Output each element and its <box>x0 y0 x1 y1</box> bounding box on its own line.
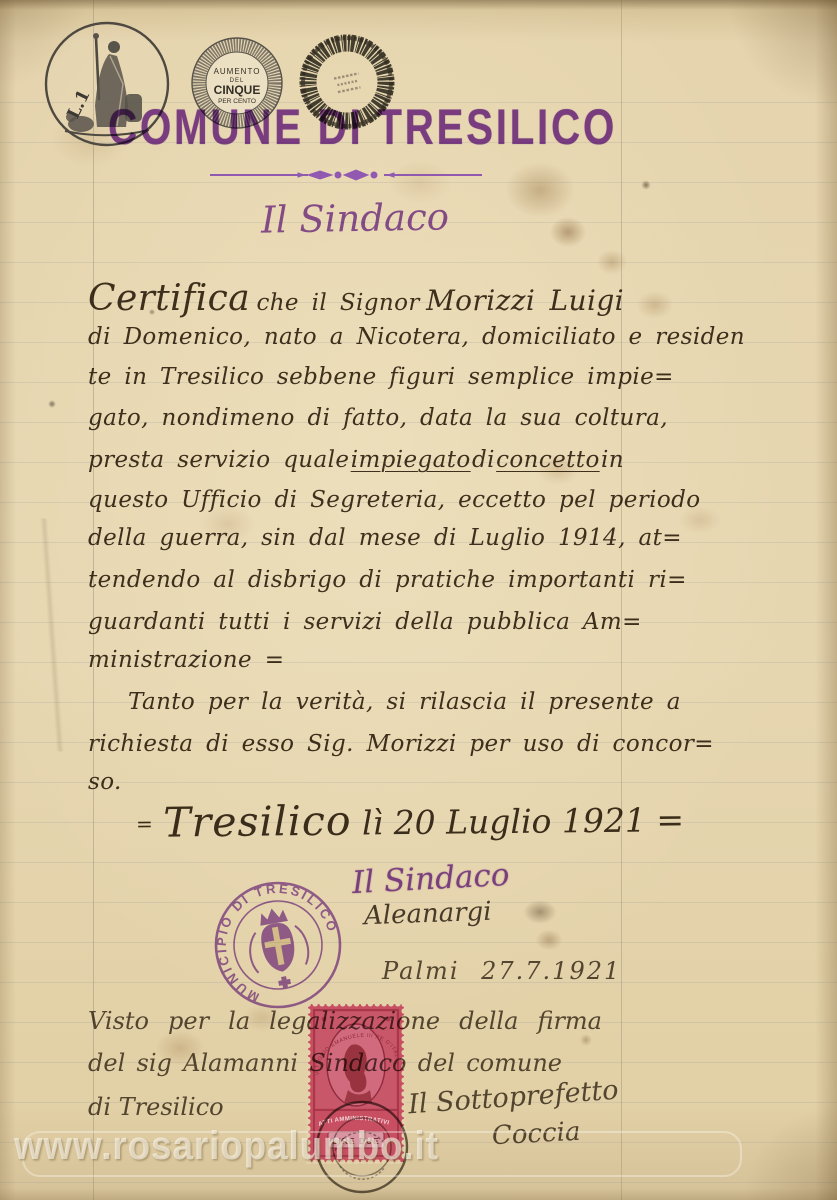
body-line-12: richiesta di esso Sig. Morizzi per uso d… <box>88 730 624 760</box>
body-line-1: Certifica che il Signor Morizzi Luigi <box>88 276 624 323</box>
comune-title-stamp: COMUNE DI TRESILICO <box>108 102 617 152</box>
right-margin-line <box>621 0 622 1200</box>
dateline-prefix: = <box>136 812 153 836</box>
office-title-stamp: Il Sindaco <box>240 198 471 239</box>
body-line-2: di Domenico, nato a Nicotera, domiciliat… <box>88 323 624 353</box>
line5-post: in <box>601 446 624 476</box>
surcharge-line1: AUMENTO <box>214 67 261 76</box>
body-line-10: ministrazione = <box>88 646 624 676</box>
body-line-13: so. <box>88 768 624 798</box>
paper-crease <box>10 517 94 752</box>
legalization-line-3: di Tresilico <box>88 1092 224 1123</box>
line5-underlined-1: impiegato <box>351 446 471 476</box>
dateline-rest: lì 20 Luglio 1921 = <box>362 800 684 842</box>
body-line-11: Tanto per la verità, si rilascia il pres… <box>128 688 624 718</box>
coat-of-arms-icon <box>243 904 314 994</box>
certifica-word: Certifica <box>88 276 250 323</box>
body-line-1-mid: che il Signor <box>256 289 419 319</box>
mayor-signature: Aleanargi <box>363 896 492 934</box>
body-line-5: presta servizio quale impiegato di conce… <box>88 446 624 476</box>
body-line-7: della guerra, sin dal mese di Luglio 191… <box>88 524 624 554</box>
line5-mid: di <box>472 446 495 476</box>
document-scan: L.1 AUMENTO DEL CINQUE PER CENTO COMUNE … <box>0 0 837 1200</box>
body-line-8: tendendo al disbrigo di pratiche importa… <box>88 566 624 596</box>
line5-underlined-2: concetto <box>496 446 600 476</box>
body-line-3: te in Tresilico sebbene figuri semplice … <box>88 363 624 393</box>
surcharge-line3: CINQUE <box>214 83 261 97</box>
line5-pre: presta servizio quale <box>88 446 349 476</box>
watermark: www.rosariopalumbo.it <box>14 1124 439 1168</box>
legalization-line-1: Visto per la legalizzazione della firma <box>88 1006 602 1037</box>
body-line-4: gato, nondimeno di fatto, data la sua co… <box>88 404 624 434</box>
official-title: Il Sottoprefetto <box>407 1073 620 1123</box>
legalization-line-2: del sig Alamanni Sindaco del comune <box>88 1048 562 1079</box>
body-line-9: guardanti tutti i servizi della pubblica… <box>88 608 624 638</box>
body-line-6: questo Ufficio di Segreteria, eccetto pe… <box>88 486 624 516</box>
legalization-place-date: Palmi 27.7.1921 <box>382 956 621 987</box>
dateline: = Tresilico lì 20 Luglio 1921 = <box>136 793 684 848</box>
flourish-divider-icon <box>208 166 484 184</box>
signature-stamp-title: Il Sindaco <box>351 860 510 899</box>
subject-name: Morizzi Luigi <box>426 283 624 319</box>
dateline-place: Tresilico <box>163 797 352 847</box>
